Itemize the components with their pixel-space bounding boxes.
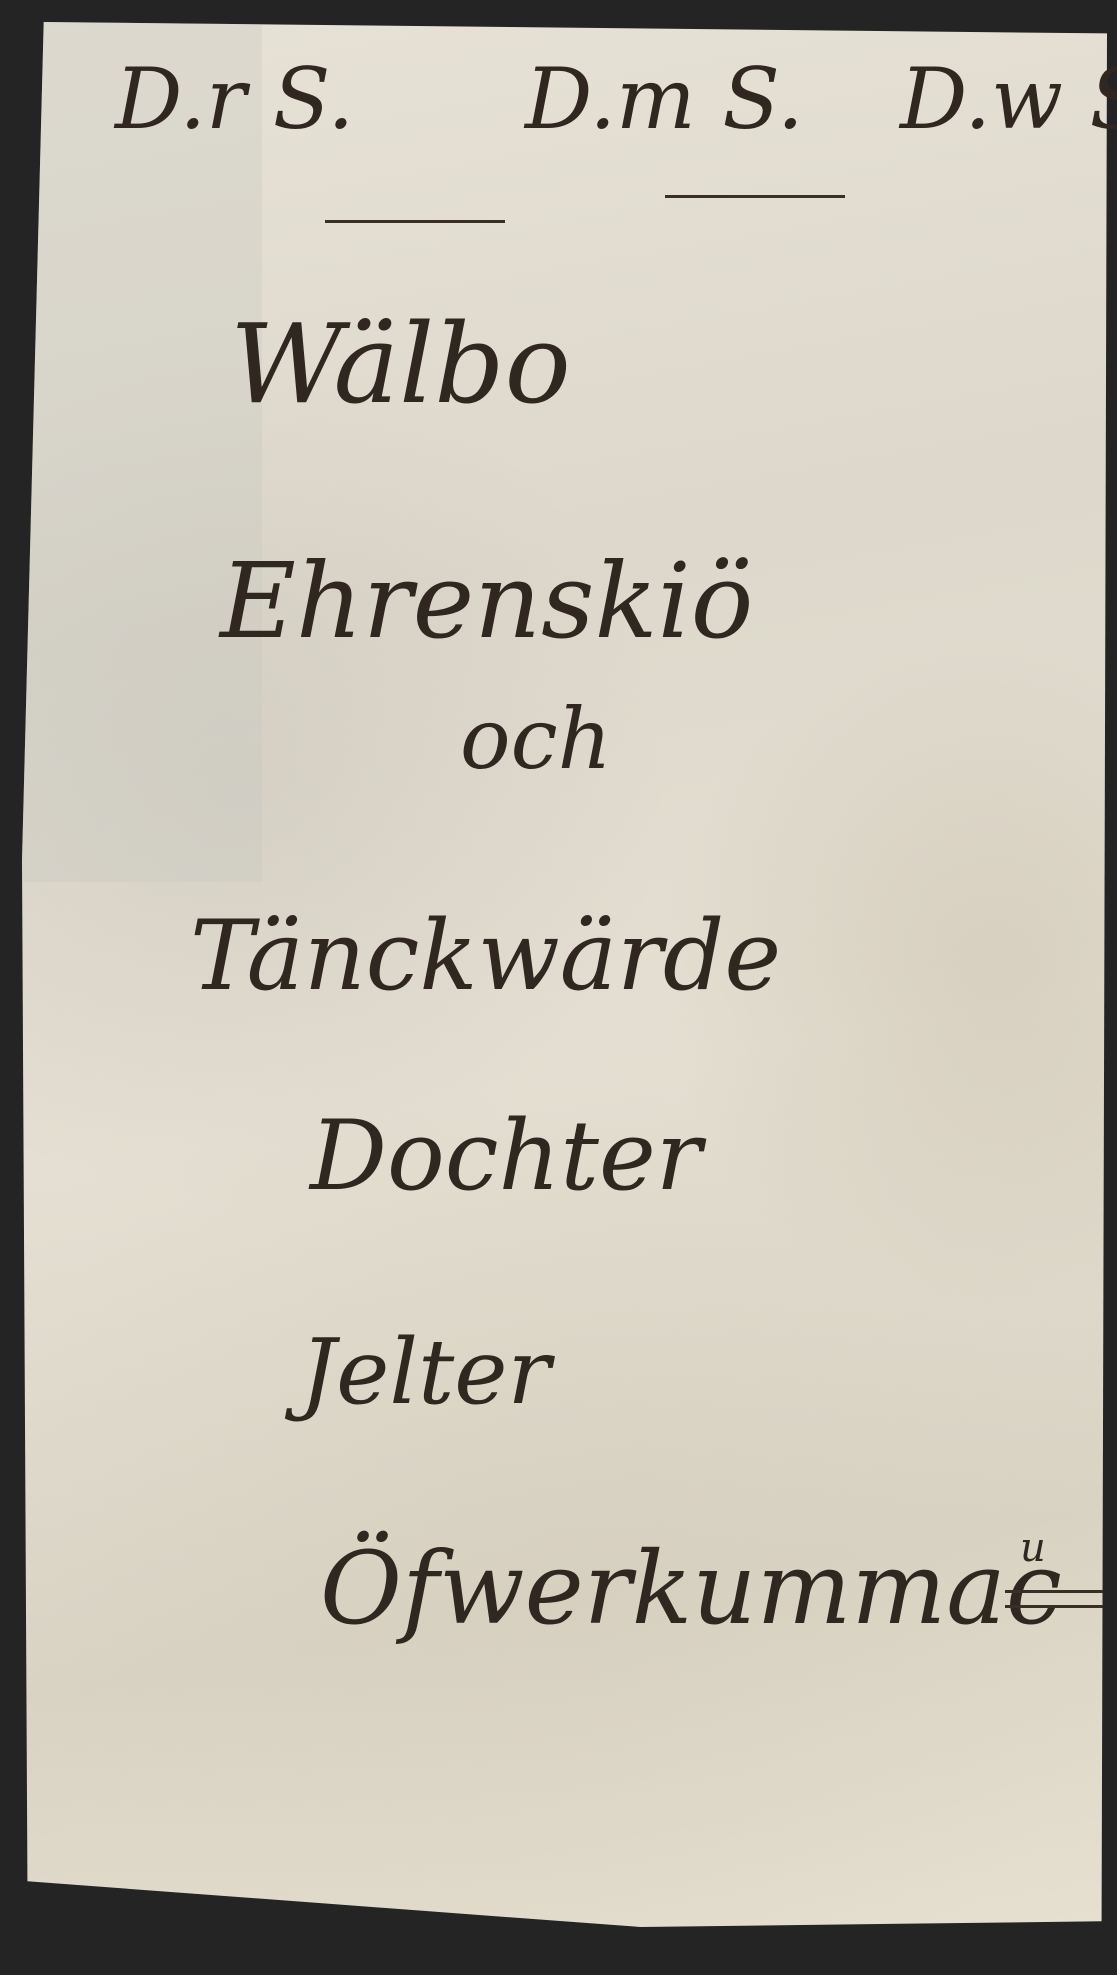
closing-mark: u [1020, 1525, 1046, 1571]
header-mark-3: D.w S. [900, 50, 1117, 148]
address-line-5: Dochter [310, 1100, 702, 1212]
address-line-6: Jelter [300, 1320, 551, 1425]
header-mark-1: D.r S. [115, 50, 354, 148]
header-mark-2: D.m S. [525, 50, 804, 148]
address-line-3: och [460, 690, 612, 788]
header-rule-2 [665, 195, 845, 198]
address-line-1: Wälbo [230, 300, 571, 428]
address-line-4: Tänckwärde [190, 900, 781, 1012]
paper-fold-shadow [22, 22, 262, 882]
address-line-2: Ehrenskiö [220, 540, 753, 662]
header-rule-1 [325, 220, 505, 223]
closing-rule-top [1005, 1590, 1103, 1593]
closing-rule-bottom [1005, 1605, 1103, 1608]
address-line-7: Öfwerkummac [320, 1530, 1062, 1647]
